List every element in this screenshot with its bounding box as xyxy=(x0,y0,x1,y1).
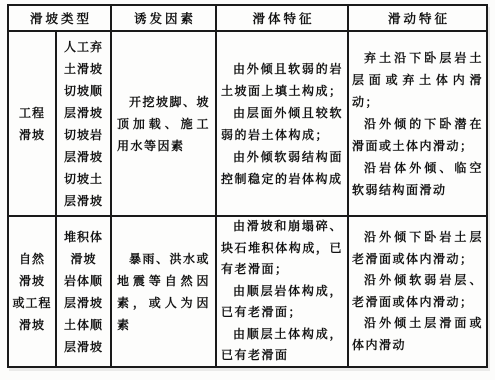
row2-sliding-features-cell: 沿外倾下卧岩土层老滑面或体内滑动； 沿外倾软弱岩层、老滑面或体内滑动； 沿外倾土… xyxy=(349,217,486,366)
feature-paragraph: 由外倾且软弱的岩土坡面上填土构成； xyxy=(221,58,343,102)
header-landslide-type: 滑坡类型 xyxy=(9,6,112,32)
feature-paragraph: 沿外倾的下卧潜在滑面或土体内滑动； xyxy=(352,113,483,157)
subtype-item: 切坡岩层滑坡 xyxy=(62,124,106,168)
feature-paragraph: 沿外倾下卧岩土层老滑面或体内滑动； xyxy=(352,227,483,270)
landslide-classification-table: 滑坡类型 诱发因素 滑体特征 滑动特征 工程 滑坡 人工弃土滑坡 切坡顺层滑坡 … xyxy=(7,4,488,368)
trigger-text: 开挖坡脚、坡顶加载、施工用水等因素 xyxy=(117,91,210,157)
feature-paragraph: 沿岩体外倾、临空软弱结构面滑动 xyxy=(352,157,483,201)
subtype-item: 岩体顺层滑坡 xyxy=(62,270,106,314)
subtype-item: 土体顺层滑坡 xyxy=(62,314,106,358)
row2-category-cell: 自然 滑坡 或工程 滑坡 xyxy=(9,217,57,366)
document-page: 滑坡类型 诱发因素 滑体特征 滑动特征 工程 滑坡 人工弃土滑坡 切坡顺层滑坡 … xyxy=(0,0,495,380)
subtype-item: 堆积体滑坡 xyxy=(62,226,106,270)
row2-trigger-cell: 暴雨、洪水或地震等自然因素，或人为因素 xyxy=(112,217,217,366)
row2-subtype-list: 堆积体滑坡 岩体顺层滑坡 土体顺层滑坡 xyxy=(57,217,112,366)
subtype-item: 切坡土层滑坡 xyxy=(62,168,106,212)
feature-paragraph: 沿外倾土层滑面或体内滑动 xyxy=(352,313,483,356)
header-trigger-factor: 诱发因素 xyxy=(112,6,217,32)
subtype-item: 人工弃土滑坡 xyxy=(62,36,106,80)
subtype-item: 切坡顺层滑坡 xyxy=(62,80,106,124)
row1-mass-features-cell: 由外倾且软弱的岩土坡面上填土构成； 由层面外倾且较软弱的岩土体构成； 由外倾软弱… xyxy=(217,32,349,217)
header-sliding-features: 滑动特征 xyxy=(349,6,486,32)
row1-sliding-features-cell: 弃土沿下卧层岩土层面或弃土体内滑动； 沿外倾的下卧潜在滑面或土体内滑动； 沿岩体… xyxy=(349,32,486,217)
trigger-text: 暴雨、洪水或地震等自然因素，或人为因素 xyxy=(117,248,210,336)
row2-mass-features-cell: 由滑坡和崩塌碎、块石堆积体构成，已有老滑面； 由顺层岩体构成，已有老滑面； 由顺… xyxy=(217,217,349,366)
feature-paragraph: 由外倾软弱结构面控制稳定的岩体构成 xyxy=(221,146,343,190)
header-slide-mass-features: 滑体特征 xyxy=(217,6,349,32)
feature-paragraph: 由顺层土体构成，已有老滑面 xyxy=(221,324,343,366)
feature-paragraph: 由层面外倾且较软弱的岩土体构成； xyxy=(221,102,343,146)
row1-subtype-list: 人工弃土滑坡 切坡顺层滑坡 切坡岩层滑坡 切坡土层滑坡 xyxy=(57,32,112,217)
row1-trigger-cell: 开挖坡脚、坡顶加载、施工用水等因素 xyxy=(112,32,217,217)
row1-category-cell: 工程 滑坡 xyxy=(9,32,57,217)
feature-paragraph: 由滑坡和崩塌碎、块石堆积体构成，已有老滑面； xyxy=(221,217,343,281)
feature-paragraph: 由顺层岩体构成，已有老滑面； xyxy=(221,281,343,324)
feature-paragraph: 沿外倾软弱岩层、老滑面或体内滑动； xyxy=(352,270,483,313)
feature-paragraph: 弃土沿下卧层岩土层面或弃土体内滑动； xyxy=(352,47,483,113)
